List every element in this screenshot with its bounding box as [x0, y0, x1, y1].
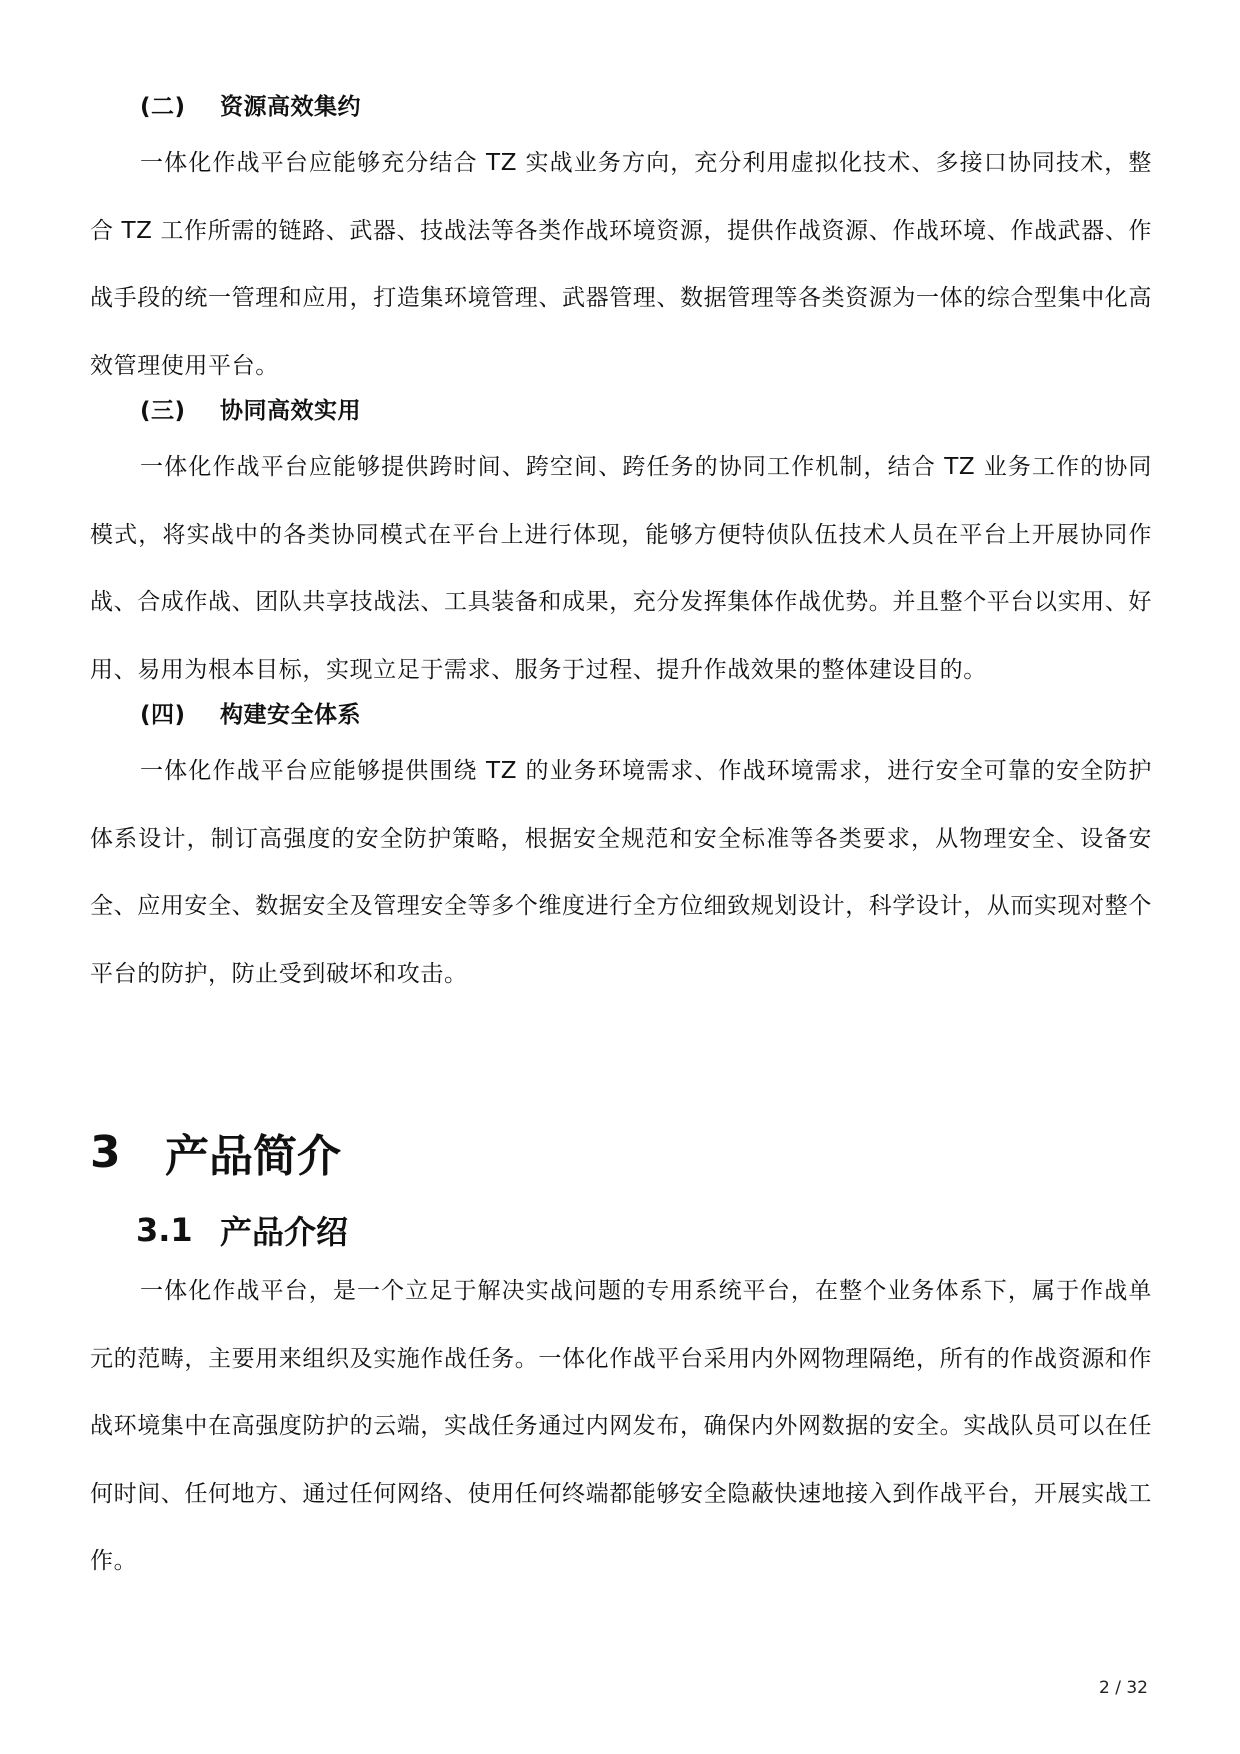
chapter-heading: 3 产品简介: [90, 1120, 341, 1184]
section-number: (四): [140, 696, 220, 729]
section-paragraph: 一体化作战平台应能够充分结合 TZ 实战业务方向，充分利用虚拟化技术、多接口协同…: [90, 130, 1152, 400]
section-number: (二): [140, 88, 220, 121]
section-paragraph: 一体化作战平台应能够提供跨时间、跨空间、跨任务的协同工作机制，结合 TZ 业务工…: [90, 434, 1152, 704]
chapter-title: 产品简介: [165, 1120, 341, 1184]
section-paragraph: 一体化作战平台应能够提供围绕 TZ 的业务环境需求、作战环境需求，进行安全可靠的…: [90, 738, 1152, 1008]
subsection-paragraph: 一体化作战平台，是一个立足于解决实战问题的专用系统平台，在整个业务体系下，属于作…: [90, 1258, 1152, 1596]
section-title: 资源高效集约: [220, 88, 361, 121]
section-heading-4: (四) 构建安全体系: [140, 696, 361, 729]
section-title: 构建安全体系: [220, 696, 361, 729]
chapter-number: 3: [90, 1127, 165, 1178]
section-title: 协同高效实用: [220, 392, 361, 425]
document-page: (二) 资源高效集约 一体化作战平台应能够充分结合 TZ 实战业务方向，充分利用…: [0, 0, 1240, 1754]
section-heading-3: (三) 协同高效实用: [140, 392, 361, 425]
subsection-title: 产品介绍: [220, 1207, 348, 1253]
section-heading-2: (二) 资源高效集约: [140, 88, 361, 121]
subsection-number: 3.1: [136, 1211, 220, 1249]
subsection-heading: 3.1 产品介绍: [136, 1207, 348, 1253]
page-number: 2 / 32: [1099, 1678, 1148, 1698]
section-number: (三): [140, 392, 220, 425]
